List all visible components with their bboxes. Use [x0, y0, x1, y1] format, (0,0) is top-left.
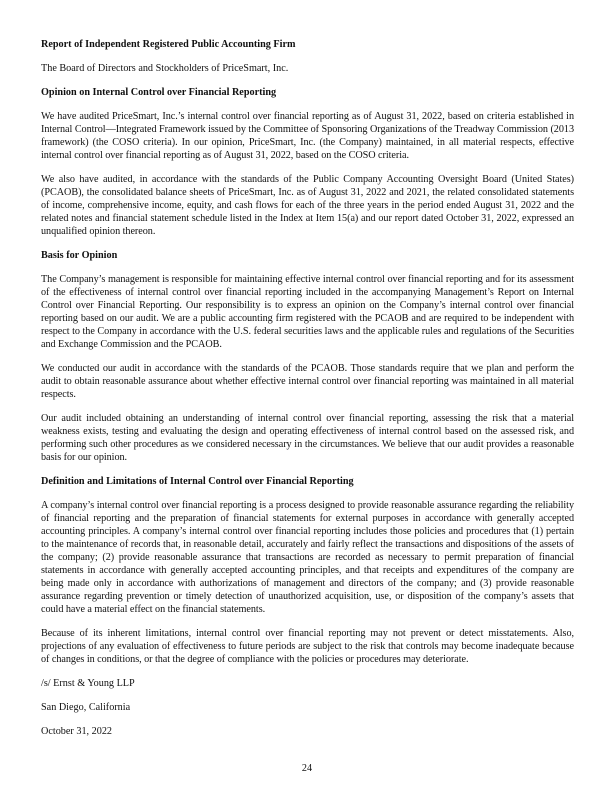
section-basis-for-opinion: Basis for Opinion The Company’s manageme… [41, 249, 574, 464]
report-title: Report of Independent Registered Public … [41, 38, 574, 51]
paragraph: Our audit included obtaining an understa… [41, 412, 574, 464]
addressee: The Board of Directors and Stockholders … [41, 62, 574, 75]
location: San Diego, California [41, 701, 574, 714]
paragraph: We also have audited, in accordance with… [41, 173, 574, 238]
paragraph: The Company’s management is responsible … [41, 273, 574, 351]
paragraph: A company’s internal control over financ… [41, 499, 574, 616]
report-date: October 31, 2022 [41, 725, 574, 738]
paragraph: Because of its inherent limitations, int… [41, 627, 574, 666]
section-opinion: Opinion on Internal Control over Financi… [41, 86, 574, 238]
page-number: 24 [0, 762, 614, 775]
section-heading: Definition and Limitations of Internal C… [41, 475, 574, 488]
paragraph: We have audited PriceSmart, Inc.’s inter… [41, 110, 574, 162]
section-heading: Basis for Opinion [41, 249, 574, 262]
report-page: Report of Independent Registered Public … [41, 38, 574, 749]
paragraph: We conducted our audit in accordance wit… [41, 362, 574, 401]
section-definition-and-limitations: Definition and Limitations of Internal C… [41, 475, 574, 666]
section-heading: Opinion on Internal Control over Financi… [41, 86, 574, 99]
signature: /s/ Ernst & Young LLP [41, 677, 574, 690]
